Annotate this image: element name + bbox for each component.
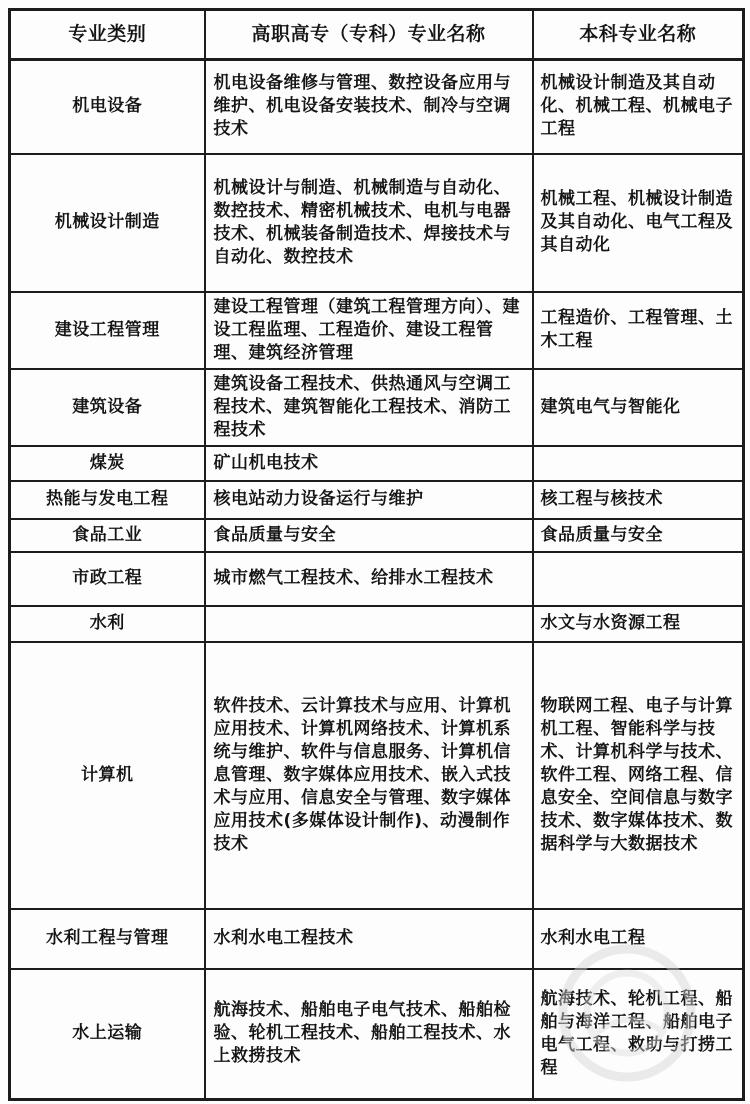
- table-row: 热能与发电工程核电站动力设备运行与维护核工程与核技术: [10, 481, 744, 519]
- category-cell: 食品工业: [10, 519, 205, 552]
- table-row: 食品工业食品质量与安全食品质量与安全: [10, 519, 744, 552]
- category-cell: 建筑设备: [10, 369, 205, 446]
- zhuanke-majors-cell: 软件技术、云计算技术与应用、计算机应用技术、计算机网络技术、计算机系统与维护、软…: [205, 642, 533, 909]
- benke-majors-cell: 建筑电气与智能化: [533, 369, 744, 446]
- header-row: 专业类别 高职高专（专科）专业名称 本科专业名称: [10, 10, 744, 60]
- category-cell: 建设工程管理: [10, 292, 205, 369]
- majors-table: 专业类别 高职高专（专科）专业名称 本科专业名称 机电设备机电设备维修与管理、数…: [8, 8, 745, 1101]
- table-row: 建筑设备建筑设备工程技术、供热通风与空调工程技术、建筑智能化工程技术、消防工程技…: [10, 369, 744, 446]
- header-benke-majors: 本科专业名称: [533, 10, 744, 60]
- table-row: 水利水文与水资源工程: [10, 606, 744, 642]
- category-cell: 水上运输: [10, 969, 205, 1100]
- zhuanke-majors-cell: 城市燃气工程技术、给排水工程技术: [205, 552, 533, 606]
- category-cell: 机械设计制造: [10, 154, 205, 292]
- benke-majors-cell: 工程造价、工程管理、土木工程: [533, 292, 744, 369]
- zhuanke-majors-cell: [205, 606, 533, 642]
- benke-majors-cell: 机械设计制造及其自动化、机械工程、机械电子工程: [533, 60, 744, 154]
- benke-majors-cell: 机械工程、机械设计制造及其自动化、电气工程及其自动化: [533, 154, 744, 292]
- table-row: 煤炭矿山机电技术: [10, 446, 744, 481]
- benke-majors-cell: 核工程与核技术: [533, 481, 744, 519]
- category-cell: 机电设备: [10, 60, 205, 154]
- benke-majors-cell: 水利水电工程: [533, 909, 744, 969]
- table-row: 机械设计制造机械设计与制造、机械制造与自动化、数控技术、精密机械技术、电机与电器…: [10, 154, 744, 292]
- category-cell: 热能与发电工程: [10, 481, 205, 519]
- table-row: 建设工程管理建设工程管理（建筑工程管理方向）、建设工程监理、工程造价、建设工程管…: [10, 292, 744, 369]
- category-cell: 煤炭: [10, 446, 205, 481]
- table-row: 水上运输航海技术、船舶电子电气技术、船舶检验、轮机工程技术、船舶工程技术、水上救…: [10, 969, 744, 1100]
- table-row: 市政工程城市燃气工程技术、给排水工程技术: [10, 552, 744, 606]
- category-cell: 水利工程与管理: [10, 909, 205, 969]
- benke-majors-cell: 水文与水资源工程: [533, 606, 744, 642]
- category-cell: 计算机: [10, 642, 205, 909]
- zhuanke-majors-cell: 建设工程管理（建筑工程管理方向）、建设工程监理、工程造价、建设工程管理、建筑经济…: [205, 292, 533, 369]
- category-cell: 市政工程: [10, 552, 205, 606]
- category-cell: 水利: [10, 606, 205, 642]
- document-page: 专业类别 高职高专（专科）专业名称 本科专业名称 机电设备机电设备维修与管理、数…: [0, 0, 750, 1104]
- zhuanke-majors-cell: 机电设备维修与管理、数控设备应用与维护、机电设备安装技术、制冷与空调技术: [205, 60, 533, 154]
- zhuanke-majors-cell: 机械设计与制造、机械制造与自动化、数控技术、精密机械技术、电机与电器技术、机械装…: [205, 154, 533, 292]
- header-zhuanke-majors: 高职高专（专科）专业名称: [205, 10, 533, 60]
- table-row: 水利工程与管理水利水电工程技术水利水电工程: [10, 909, 744, 969]
- zhuanke-majors-cell: 食品质量与安全: [205, 519, 533, 552]
- benke-majors-cell: 航海技术、轮机工程、船舶与海洋工程、船舶电子电气工程、救助与打捞工程: [533, 969, 744, 1100]
- benke-majors-cell: [533, 446, 744, 481]
- zhuanke-majors-cell: 矿山机电技术: [205, 446, 533, 481]
- zhuanke-majors-cell: 航海技术、船舶电子电气技术、船舶检验、轮机工程技术、船舶工程技术、水上救捞技术: [205, 969, 533, 1100]
- zhuanke-majors-cell: 核电站动力设备运行与维护: [205, 481, 533, 519]
- benke-majors-cell: 物联网工程、电子与计算机工程、智能科学与技术、计算机科学与技术、软件工程、网络工…: [533, 642, 744, 909]
- header-category: 专业类别: [10, 10, 205, 60]
- zhuanke-majors-cell: 水利水电工程技术: [205, 909, 533, 969]
- zhuanke-majors-cell: 建筑设备工程技术、供热通风与空调工程技术、建筑智能化工程技术、消防工程技术: [205, 369, 533, 446]
- table-row: 计算机软件技术、云计算技术与应用、计算机应用技术、计算机网络技术、计算机系统与维…: [10, 642, 744, 909]
- table-row: 机电设备机电设备维修与管理、数控设备应用与维护、机电设备安装技术、制冷与空调技术…: [10, 60, 744, 154]
- benke-majors-cell: 食品质量与安全: [533, 519, 744, 552]
- benke-majors-cell: [533, 552, 744, 606]
